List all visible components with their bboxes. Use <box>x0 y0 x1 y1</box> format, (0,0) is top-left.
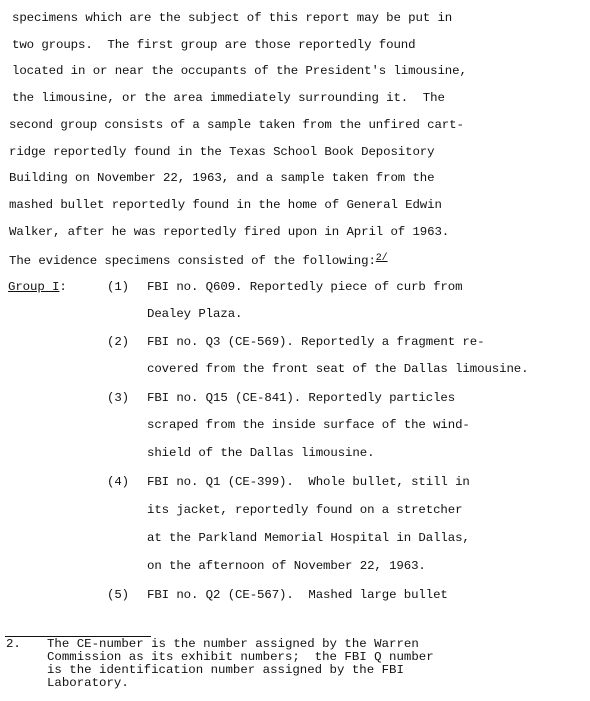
body-line: second group consists of a sample taken … <box>9 118 464 132</box>
item-number: (3) <box>107 391 129 405</box>
body-line-text: The evidence specimens consisted of the … <box>9 254 376 268</box>
body-line: Building on November 22, 1963, and a sam… <box>9 171 434 185</box>
footnote-line: Laboratory. <box>47 677 129 690</box>
body-line: mashed bullet reportedly found in the ho… <box>9 198 442 212</box>
body-line: Walker, after he was reportedly fired up… <box>9 225 449 239</box>
item-line: FBI no. Q609. Reportedly piece of curb f… <box>147 280 462 294</box>
group-label: Group I <box>8 280 59 294</box>
item-line: FBI no. Q1 (CE-399). Whole bullet, still… <box>147 475 470 489</box>
item-line: shield of the Dallas limousine. <box>147 446 374 460</box>
item-line: FBI no. Q3 (CE-569). Reportedly a fragme… <box>147 335 484 349</box>
footnote-reference: 2/ <box>376 253 388 264</box>
item-line: FBI no. Q2 (CE-567). Mashed large bullet <box>147 588 448 602</box>
item-line: Dealey Plaza. <box>147 307 242 321</box>
body-line: specimens which are the subject of this … <box>12 11 452 25</box>
body-line: ridge reportedly found in the Texas Scho… <box>9 145 434 159</box>
item-line: on the afternoon of November 22, 1963. <box>147 559 426 573</box>
item-line: its jacket, reportedly found on a stretc… <box>147 503 462 517</box>
item-line: covered from the front seat of the Dalla… <box>147 362 528 376</box>
body-line: located in or near the occupants of the … <box>12 64 467 78</box>
item-number: (1) <box>107 280 129 294</box>
body-line: two groups. The first group are those re… <box>12 38 415 52</box>
item-number: (2) <box>107 335 129 349</box>
item-number: (5) <box>107 588 129 602</box>
item-line: FBI no. Q15 (CE-841). Reportedly particl… <box>147 391 455 405</box>
group-heading: Group I: <box>8 280 67 294</box>
body-line: The evidence specimens consisted of the … <box>9 252 388 268</box>
item-number: (4) <box>107 475 129 489</box>
footnote-number: 2. <box>6 638 21 651</box>
item-line: at the Parkland Memorial Hospital in Dal… <box>147 531 470 545</box>
body-line: the limousine, or the area immediately s… <box>12 91 445 105</box>
item-line: scraped from the inside surface of the w… <box>147 418 470 432</box>
